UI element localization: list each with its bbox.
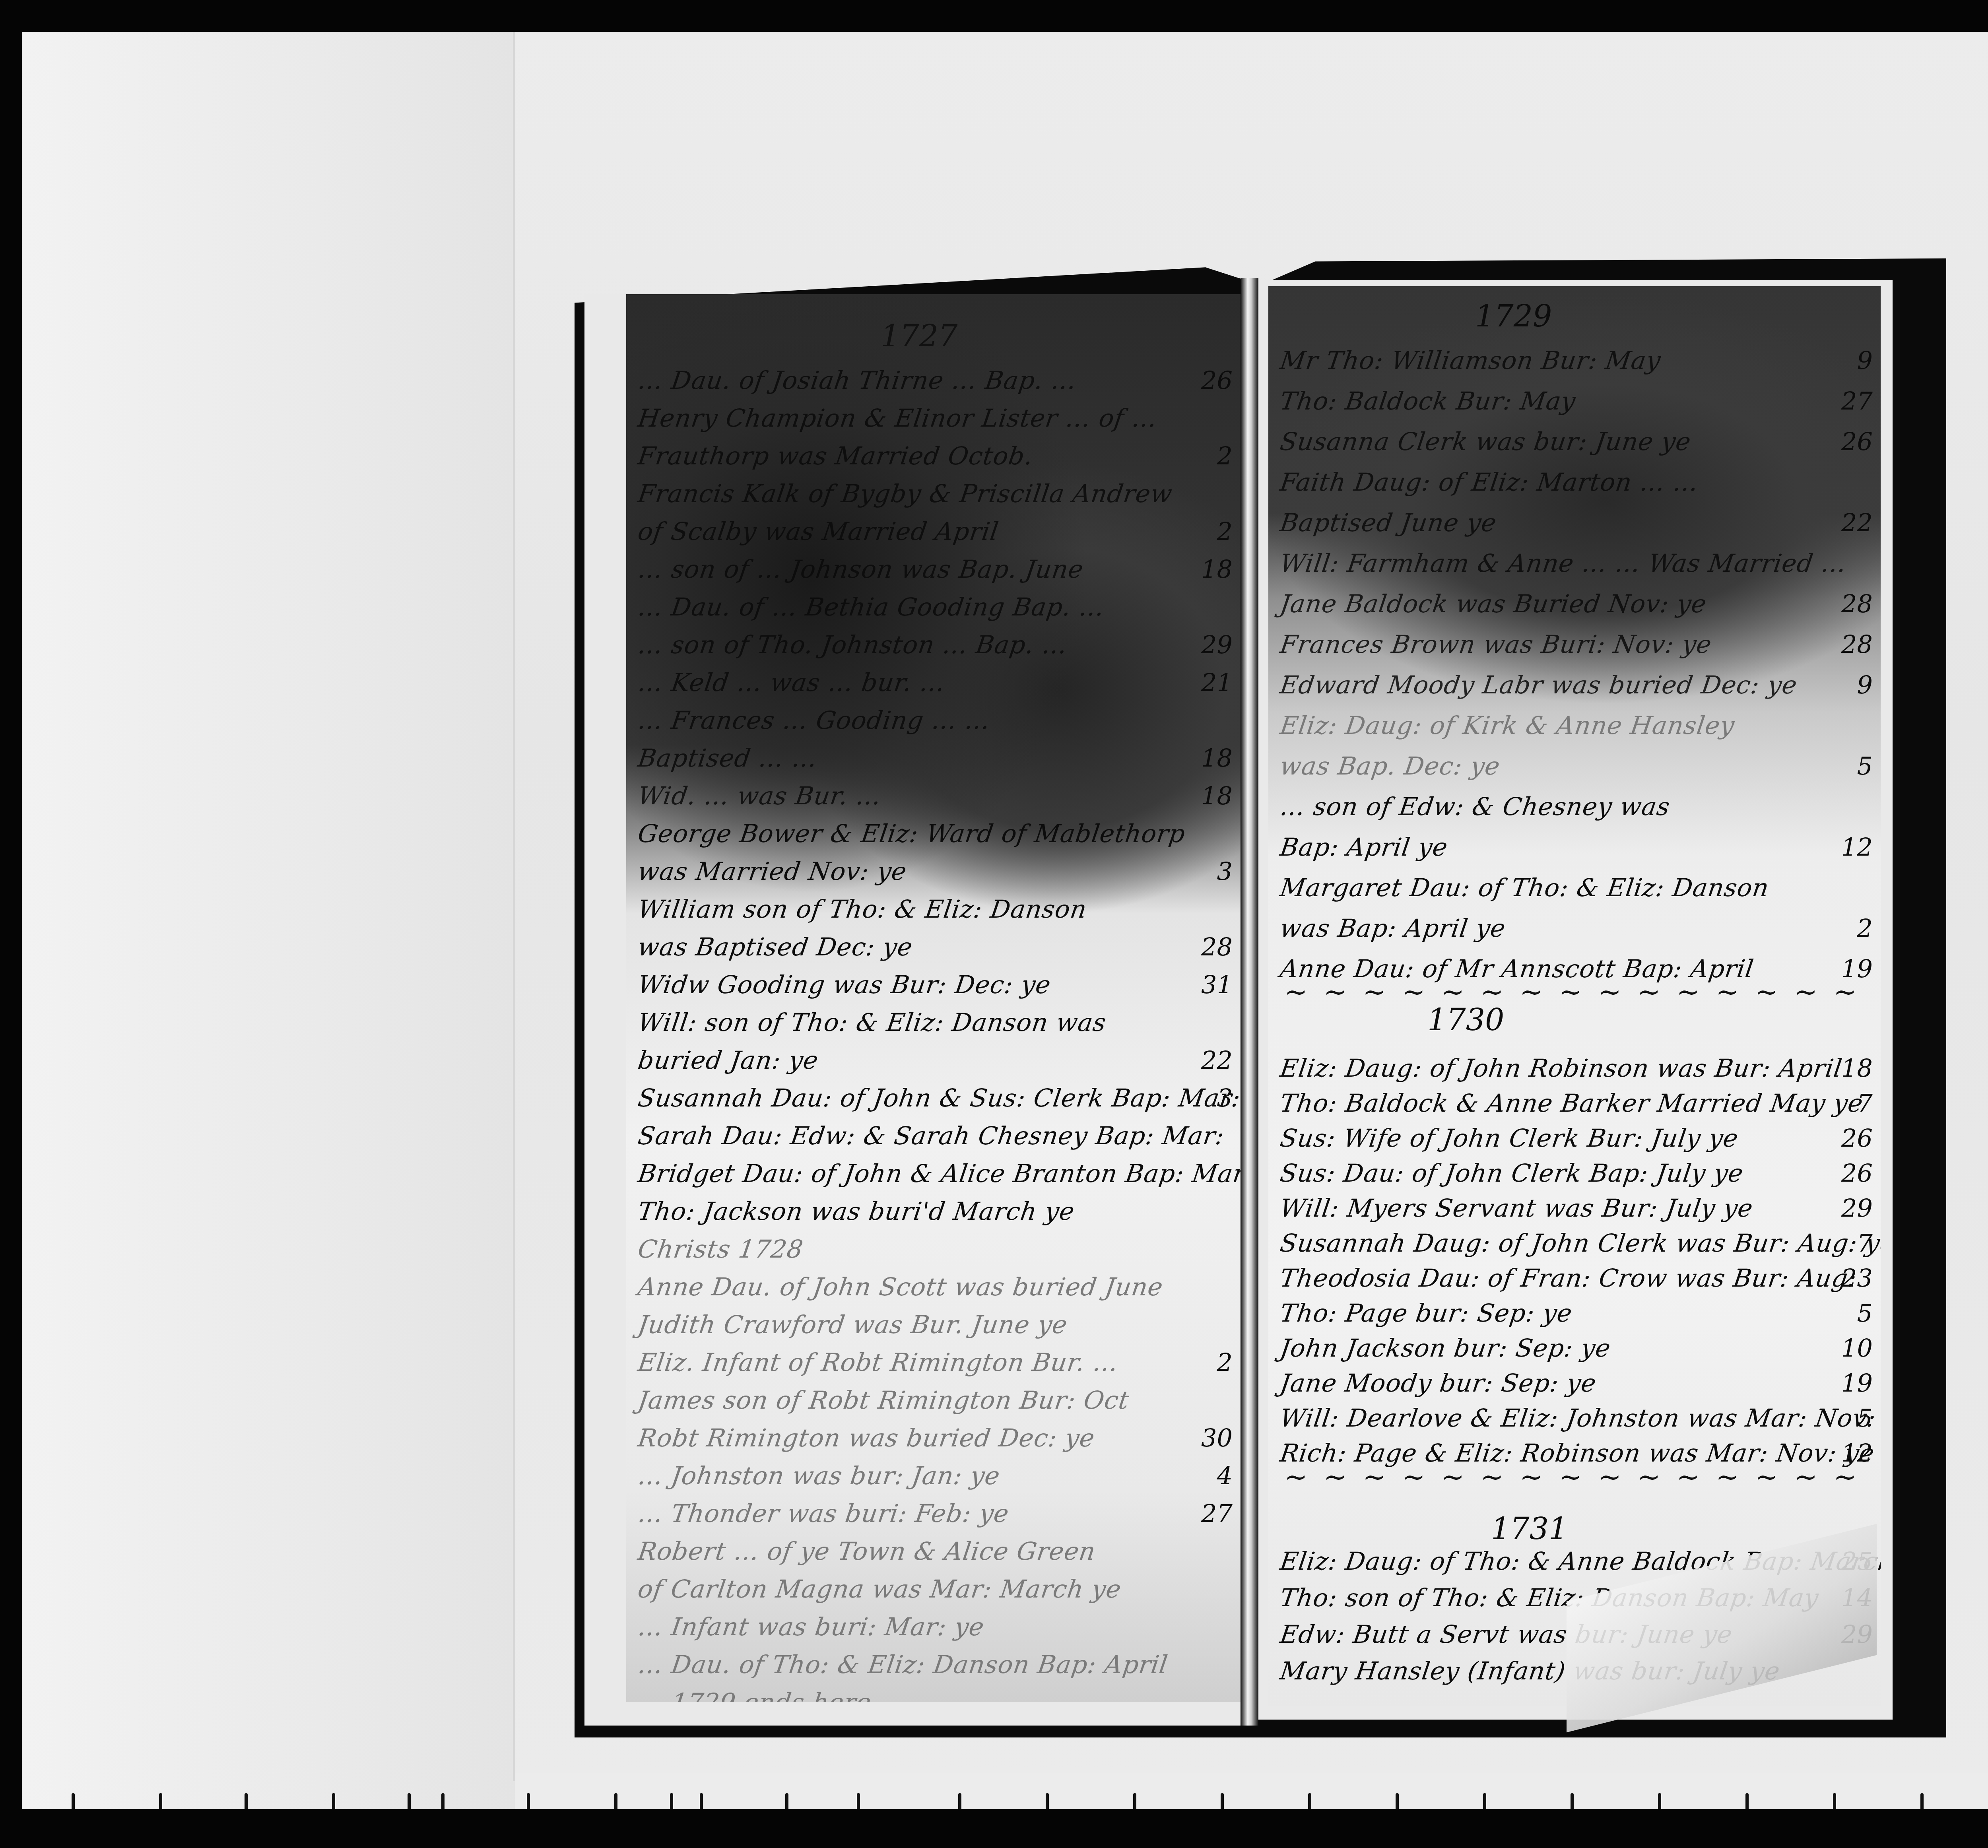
entry-day-number: 28 xyxy=(1201,932,1233,961)
register-entry: Tho: Page bur: Sep: ye xyxy=(1278,1299,1875,1328)
register-entry: Baptised June ye xyxy=(1278,508,1875,537)
film-edge-marks xyxy=(24,1793,1988,1809)
register-entry: Faith Daug: of Eliz: Marton … … xyxy=(1278,468,1875,497)
register-entry: Susannah Daug: of John Clerk was Bur: Au… xyxy=(1278,1229,1875,1258)
entry-day-number: 2 xyxy=(1857,914,1873,943)
register-entry: Bap: April ye xyxy=(1278,833,1875,862)
entry-day-number: 18 xyxy=(1201,743,1233,773)
register-entry: Christs 1728 xyxy=(636,1235,1235,1264)
register-entry: … Dau. of Josiah Thirne … Bap. … xyxy=(636,366,1235,395)
register-entry: Will: son of Tho: & Eliz: Danson was xyxy=(636,1008,1235,1037)
entry-day-number: 29 xyxy=(1841,1194,1873,1223)
entry-day-number: 18 xyxy=(1841,1054,1873,1083)
entry-day-number: 9 xyxy=(1857,346,1873,375)
entry-day-number: 5 xyxy=(1857,751,1873,780)
register-entry: Bridget Dau: of John & Alice Branton Bap… xyxy=(636,1159,1235,1188)
year-heading-left: 1727 xyxy=(881,318,957,353)
entry-day-number: 7 xyxy=(1857,1229,1873,1258)
register-entry: of Scalby was Married April xyxy=(636,517,1235,546)
register-entry: Judith Crawford was Bur. June ye xyxy=(636,1310,1235,1339)
entry-day-number: 31 xyxy=(1201,970,1233,999)
entry-day-number: 29 xyxy=(1201,630,1233,659)
register-entry: … Johnston was bur: Jan: ye xyxy=(636,1461,1235,1490)
entry-day-number: 5 xyxy=(1857,1403,1873,1433)
register-entry: was Married Nov: ye xyxy=(636,857,1235,886)
entry-day-number: 21 xyxy=(1201,668,1233,697)
entry-day-number: 18 xyxy=(1201,555,1233,584)
entry-day-number: 23 xyxy=(1841,1264,1873,1293)
register-entry: Anne Dau. of John Scott was buried June xyxy=(636,1272,1235,1301)
entry-day-number: 30 xyxy=(1201,1423,1233,1452)
register-entry: Susannah Dau: of John & Sus: Clerk Bap: … xyxy=(636,1083,1235,1112)
register-entry: Jane Moody bur: Sep: ye xyxy=(1278,1369,1875,1398)
book-gutter xyxy=(1241,278,1258,1726)
entry-day-number: 26 xyxy=(1201,366,1233,395)
register-entry: … son of Edw: & Chesney was xyxy=(1278,792,1875,821)
year-heading-right: 1729 xyxy=(1475,298,1552,334)
register-entry: Sarah Dau: Edw: & Sarah Chesney Bap: Mar… xyxy=(636,1121,1235,1150)
register-entry: … Infant was buri: Mar: ye xyxy=(636,1612,1235,1641)
entry-day-number: 26 xyxy=(1841,427,1873,456)
register-entry: Will: Dearlove & Eliz: Johnston was Mar:… xyxy=(1278,1403,1875,1433)
entry-day-number: 22 xyxy=(1841,508,1873,537)
register-entry: Theodosia Dau: of Fran: Crow was Bur: Au… xyxy=(1278,1264,1875,1293)
register-entry: … 1729 ends here xyxy=(636,1688,1235,1702)
register-entry: Baptised … … xyxy=(636,743,1235,773)
entry-day-number: 9 xyxy=(1857,670,1873,699)
register-entry: Wid. … was Bur. … xyxy=(636,781,1235,810)
entry-day-number: 19 xyxy=(1841,954,1873,983)
register-entry: Eliz: Daug: of John Robinson was Bur: Ap… xyxy=(1278,1054,1875,1083)
register-entry: Mr Tho: Williamson Bur: May xyxy=(1278,346,1875,375)
entry-day-number: 19 xyxy=(1841,1369,1873,1398)
year-heading-1731: 1731 xyxy=(1491,1511,1568,1546)
entry-day-number: 27 xyxy=(1841,386,1873,415)
entry-day-number: 28 xyxy=(1841,589,1873,618)
register-entry: Robt Rimington was buried Dec: ye xyxy=(636,1423,1235,1452)
register-entry: Jane Baldock was Buried Nov: ye xyxy=(1278,589,1875,618)
register-entry: Tho: Jackson was buri'd March ye xyxy=(636,1197,1235,1226)
register-entry: was Baptised Dec: ye xyxy=(636,932,1235,961)
entry-day-number: 3 xyxy=(1217,1083,1233,1112)
entry-day-number: 7 xyxy=(1857,1089,1873,1118)
register-entry: … son of Tho. Johnston … Bap. … xyxy=(636,630,1235,659)
entry-day-number: 27 xyxy=(1201,1499,1233,1528)
register-entry: of Carlton Magna was Mar: March ye xyxy=(636,1574,1235,1603)
entry-day-number: 4 xyxy=(1217,1461,1233,1490)
entry-day-number: 2 xyxy=(1217,1348,1233,1377)
register-entry: Tho: Baldock & Anne Barker Married May y… xyxy=(1278,1089,1875,1118)
register-entry: Tho: Baldock Bur: May xyxy=(1278,386,1875,415)
register-entry: Widw Gooding was Bur: Dec: ye xyxy=(636,970,1235,999)
register-entry: Henry Champion & Elinor Lister … of … xyxy=(636,404,1235,433)
right-page: 1729 Mr Tho: Williamson Bur: May9Tho: Ba… xyxy=(1268,286,1881,1706)
register-entry: Anne Dau: of Mr Annscott Bap: April xyxy=(1278,954,1875,983)
register-entry: William son of Tho: & Eliz: Danson xyxy=(636,895,1235,924)
entry-day-number: 26 xyxy=(1841,1124,1873,1153)
entry-day-number: 3 xyxy=(1217,857,1233,886)
register-entry: … Frances … Gooding … … xyxy=(636,706,1235,735)
register-entry: … Dau. of … Bethia Gooding Bap. … xyxy=(636,592,1235,621)
entry-day-number: 2 xyxy=(1217,441,1233,470)
entry-day-number: 5 xyxy=(1857,1299,1873,1328)
register-entry: Rich: Page & Eliz: Robinson was Mar: Nov… xyxy=(1278,1438,1875,1468)
register-entry: Edward Moody Labr was buried Dec: ye xyxy=(1278,670,1875,699)
register-entry: Francis Kalk of Bygby & Priscilla Andrew xyxy=(636,479,1235,508)
register-entry: Susanna Clerk was bur: June ye xyxy=(1278,427,1875,456)
register-entry: … son of … Johnson was Bap. June xyxy=(636,555,1235,584)
register-entry: Robert … of ye Town & Alice Green xyxy=(636,1537,1235,1566)
section-flourish-divider: ~~~~~~~~~~~~~~~~ xyxy=(1284,986,1865,998)
entry-day-number: 10 xyxy=(1841,1334,1873,1363)
background-band-left xyxy=(22,32,515,1809)
divider-line-left xyxy=(513,32,515,1781)
entry-day-number: 22 xyxy=(1201,1046,1233,1075)
register-entry: … Thonder was buri: Feb: ye xyxy=(636,1499,1235,1528)
entry-day-number: 18 xyxy=(1201,781,1233,810)
register-entry: Frances Brown was Buri: Nov: ye xyxy=(1278,630,1875,659)
register-entry: … Keld … was … bur. … xyxy=(636,668,1235,697)
entry-day-number: 12 xyxy=(1841,1438,1873,1468)
register-entry: was Bap. Dec: ye xyxy=(1278,751,1875,780)
entry-day-number: 12 xyxy=(1841,833,1873,862)
register-entry: George Bower & Eliz: Ward of Mablethorp xyxy=(636,819,1235,848)
entry-day-number: 26 xyxy=(1841,1159,1873,1188)
register-entry: Sus: Dau: of John Clerk Bap: July ye xyxy=(1278,1159,1875,1188)
register-entry: Sus: Wife of John Clerk Bur: July ye xyxy=(1278,1124,1875,1153)
entry-day-number: 28 xyxy=(1841,630,1873,659)
year-heading-1730: 1730 xyxy=(1427,1002,1504,1037)
left-page: 1727 … Dau. of Josiah Thirne … Bap. …26H… xyxy=(626,294,1241,1702)
register-entry: Frauthorp was Married Octob. xyxy=(636,441,1235,470)
register-entry: Will: Myers Servant was Bur: July ye xyxy=(1278,1194,1875,1223)
register-entry: was Bap: April ye xyxy=(1278,914,1875,943)
register-entry: John Jackson bur: Sep: ye xyxy=(1278,1334,1875,1363)
register-entry: Eliz: Daug: of Kirk & Anne Hansley xyxy=(1278,711,1875,740)
register-entry: James son of Robt Rimington Bur: Oct xyxy=(636,1386,1235,1415)
register-entry: Will: Farmham & Anne … … Was Married … xyxy=(1278,549,1875,578)
section-flourish-divider-2: ~~~~~~~~~~~~~~~~ xyxy=(1284,1471,1865,1483)
register-entry: Margaret Dau: of Tho: & Eliz: Danson xyxy=(1278,873,1875,902)
entry-day-number: 2 xyxy=(1217,517,1233,546)
register-entry: Eliz. Infant of Robt Rimington Bur. … xyxy=(636,1348,1235,1377)
register-entry: … Dau. of Tho: & Eliz: Danson Bap: April xyxy=(636,1650,1235,1679)
register-entry: buried Jan: ye xyxy=(636,1046,1235,1075)
